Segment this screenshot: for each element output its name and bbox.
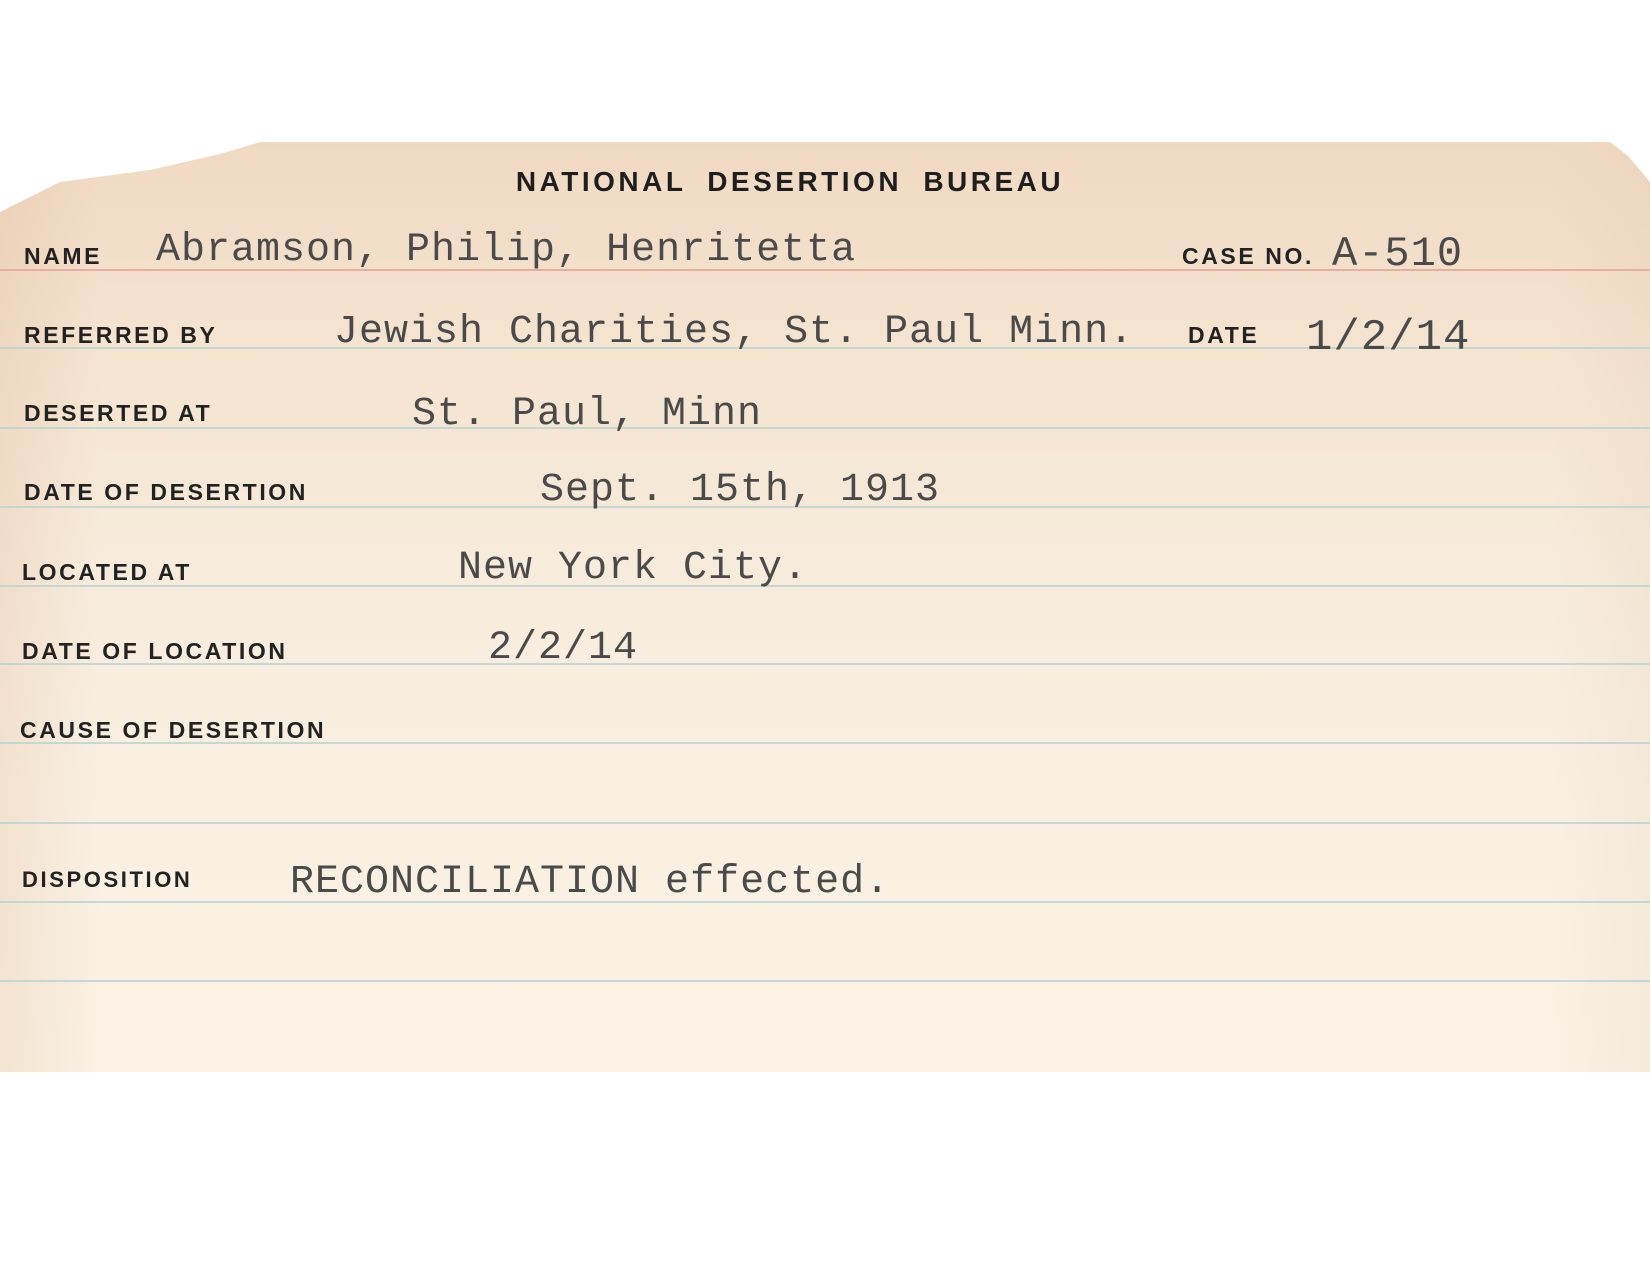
referred-by-label: REFERRED BY <box>24 322 217 349</box>
index-card <box>0 142 1650 1072</box>
case-no-label: CASE NO. <box>1182 243 1314 270</box>
case-no-value: A-510 <box>1332 230 1463 278</box>
located-at-value: New York City. <box>458 546 808 591</box>
date-label: DATE <box>1188 322 1259 349</box>
name-value: Abramson, Philip, Henritetta <box>156 228 856 273</box>
deserted-at-label: DESERTED AT <box>24 400 212 427</box>
date-of-location-label: DATE OF LOCATION <box>22 638 288 665</box>
deserted-at-value: St. Paul, Minn <box>412 392 762 437</box>
date-of-desertion-value: Sept. 15th, 1913 <box>540 468 940 513</box>
date-value: 1/2/14 <box>1306 313 1470 363</box>
ruled-line <box>0 427 1650 429</box>
ruled-line <box>0 980 1650 982</box>
cause-of-desertion-label: CAUSE OF DESERTION <box>20 717 326 744</box>
date-of-desertion-label: DATE OF DESERTION <box>24 479 308 506</box>
disposition-label: DISPOSITION <box>22 867 192 893</box>
referred-by-value: Jewish Charities, St. Paul Minn. <box>334 310 1134 355</box>
date-of-location-value: 2/2/14 <box>488 626 638 671</box>
ruled-line <box>0 585 1650 587</box>
ruled-line <box>0 822 1650 824</box>
disposition-value: RECONCILIATION effected. <box>290 860 890 905</box>
name-label: NAME <box>24 243 102 270</box>
card-title: NATIONAL DESERTION BUREAU <box>0 166 1580 198</box>
located-at-label: LOCATED AT <box>22 559 192 586</box>
